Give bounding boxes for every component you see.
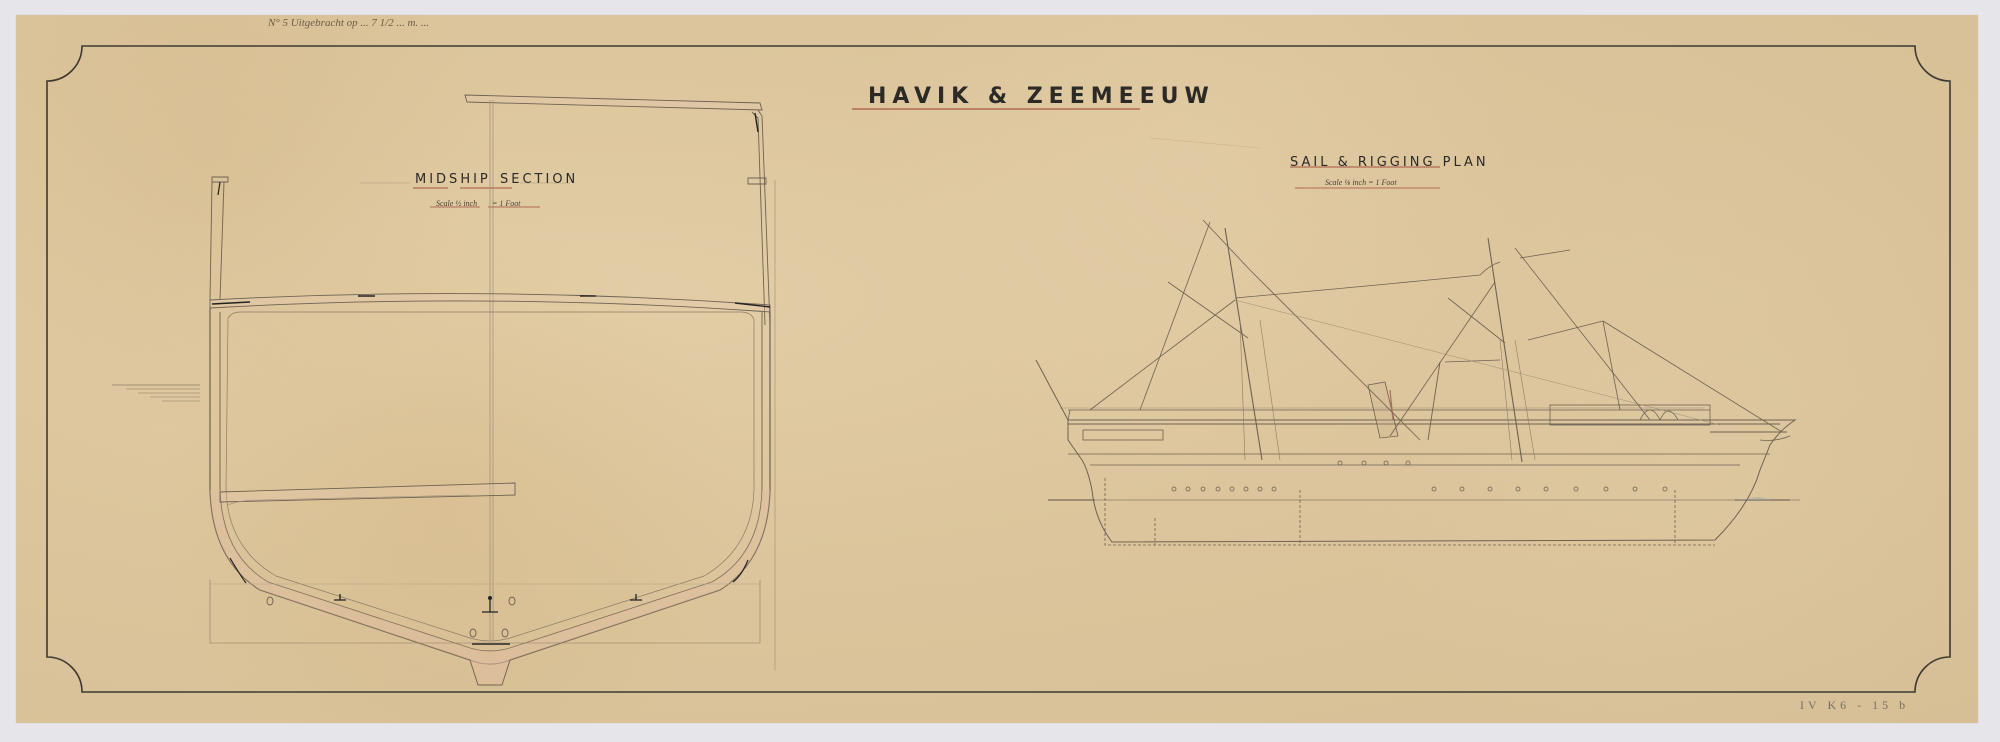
midship-section-title-right: SECTION [500, 172, 578, 187]
sheet-border [47, 46, 1950, 692]
technical-drawing [0, 0, 2000, 742]
midship-scale-right: = 1 Foot [492, 199, 521, 208]
sail-rigging-plan-drawing [1036, 167, 1800, 545]
midship-section-title-left: MIDSHIP [415, 172, 491, 187]
drawing-title: HAVIK & ZEEMEEUW [868, 84, 1215, 109]
portholes [1172, 461, 1667, 491]
midship-scale-left: Scale ½ inch [436, 199, 477, 208]
handwritten-note: N° 5 Uitgebracht op ... 7 1/2 ... m. ... [268, 17, 429, 29]
reference-code: IV K6 - 15 b [1800, 698, 1909, 713]
sail-plan-title: SAIL & RIGGING PLAN [1290, 155, 1489, 170]
sail-plan-scale: Scale ⅛ inch = 1 Foot [1325, 178, 1397, 187]
